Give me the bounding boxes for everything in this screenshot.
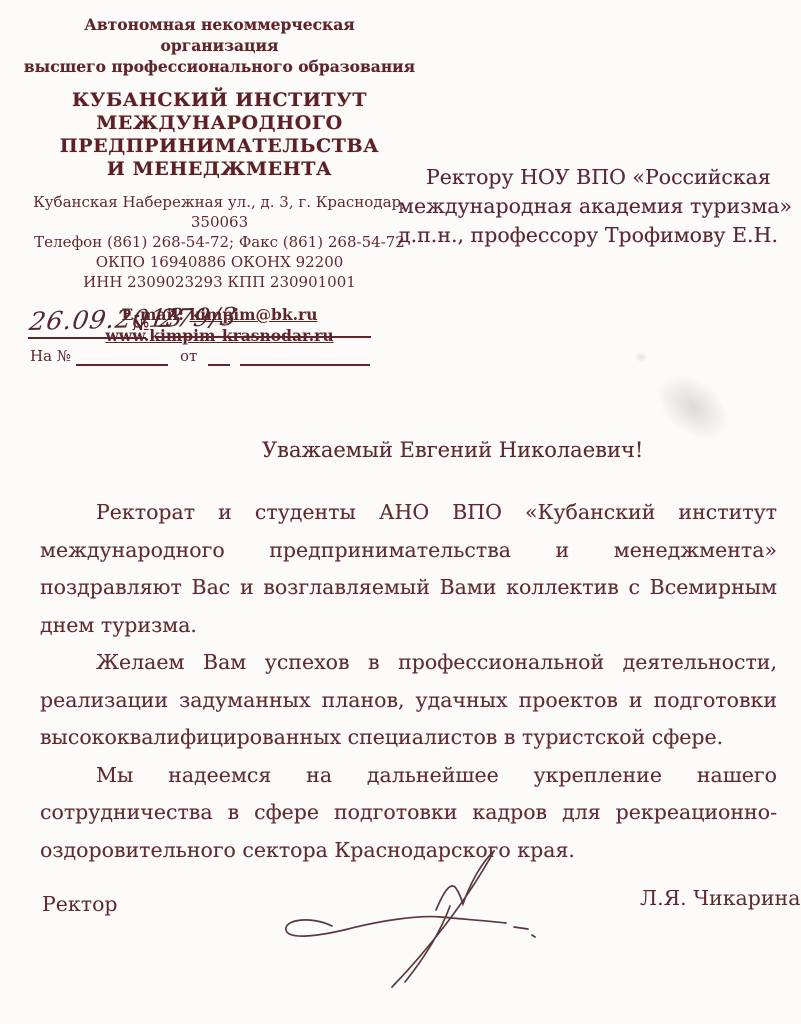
ref-row-date-number: 26.09.2013 № 279/3 — [28, 303, 378, 343]
inn-kpp: ИНН 2309023293 КПП 230901001 — [22, 272, 417, 292]
signer-role: Ректор — [42, 892, 118, 916]
institute-name-line: И МЕНЕДЖМЕНТА — [22, 158, 417, 181]
institute-name-line: КУБАНСКИЙ ИНСТИТУТ — [22, 89, 417, 112]
reply-number-underline — [76, 364, 168, 366]
body-paragraph: Желаем Вам успехов в профессиональной де… — [40, 644, 777, 757]
okpo-okonh: ОКПО 16940886 ОКОНХ 92200 — [22, 252, 417, 272]
scan-smudge — [640, 356, 747, 457]
phone-fax: Телефон (861) 268-54-72; Факс (861) 268-… — [22, 232, 417, 252]
ref-block: 26.09.2013 № 279/3 На № от — [28, 303, 378, 371]
from-date-underline-short — [208, 364, 230, 366]
handwritten-signature — [268, 846, 568, 998]
addressee-line: международная академия туризма» — [398, 192, 796, 221]
org-type-block: Автономная некоммерческая организация вы… — [22, 14, 417, 77]
signer-name: Л.Я. Чикарина — [640, 886, 800, 910]
scanned-letter-page: Автономная некоммерческая организация вы… — [0, 0, 801, 1024]
handwritten-outgoing-number: 279/3 — [158, 302, 240, 333]
body-paragraph: Ректорат и студенты АНО ВПО «Кубанский и… — [40, 494, 777, 644]
salutation: Уважаемый Евгений Николаевич! — [262, 438, 643, 462]
ref-row-reply: На № от — [28, 345, 378, 371]
date-underline — [28, 337, 146, 339]
letterhead: Автономная некоммерческая организация вы… — [22, 14, 417, 346]
institute-name: КУБАНСКИЙ ИНСТИТУТ МЕЖДУНАРОДНОГО ПРЕДПР… — [22, 89, 417, 181]
number-underline — [156, 336, 371, 338]
org-type-line: высшего профессионального образования — [22, 56, 417, 77]
from-date-label: от — [180, 347, 197, 365]
org-type-line: Автономная некоммерческая — [22, 14, 417, 35]
number-sign: № — [132, 315, 149, 334]
addressee-line: Ректору НОУ ВПО «Российская — [398, 163, 796, 192]
addressee-block: Ректору НОУ ВПО «Российская международна… — [398, 163, 796, 250]
org-type-line: организация — [22, 35, 417, 56]
from-date-underline-long — [240, 364, 370, 366]
addressee-line: д.п.н., профессору Трофимову Е.Н. — [398, 221, 796, 250]
scan-smudge-dot — [634, 352, 648, 362]
institute-name-line: МЕЖДУНАРОДНОГО — [22, 112, 417, 135]
street-address: Кубанская Набережная ул., д. 3, г. Красн… — [22, 192, 417, 232]
letter-body: Ректорат и студенты АНО ВПО «Кубанский и… — [40, 494, 777, 869]
contact-block: Кубанская Набережная ул., д. 3, г. Красн… — [22, 192, 417, 292]
institute-name-line: ПРЕДПРИНИМАТЕЛЬСТВА — [22, 135, 417, 158]
reply-to-label: На № — [30, 347, 71, 365]
